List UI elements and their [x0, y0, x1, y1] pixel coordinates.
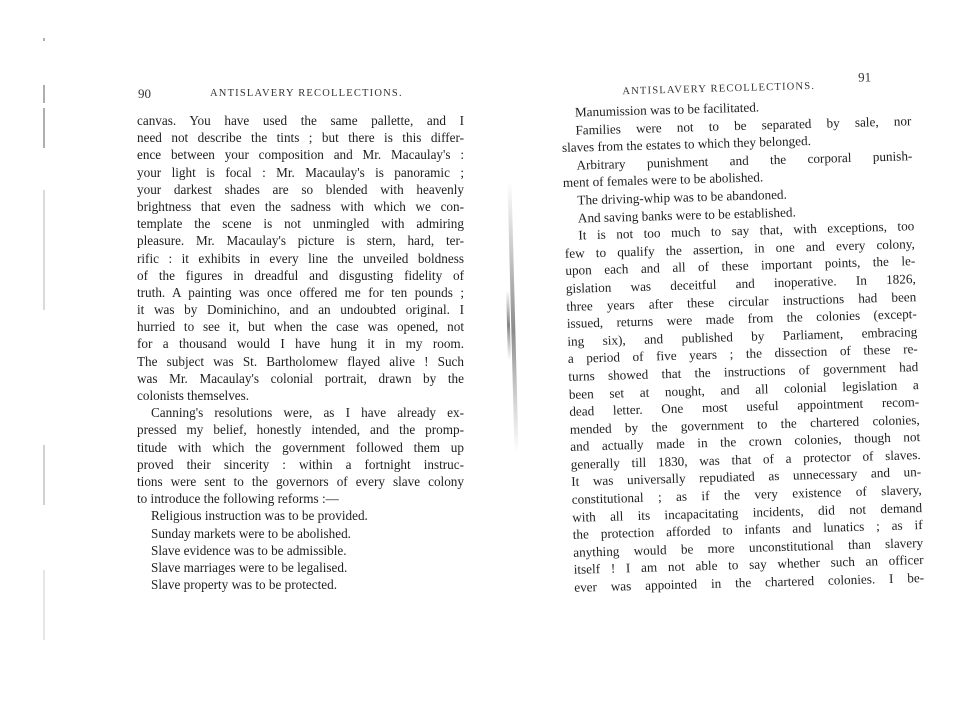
right-page-body: Manumission was to be facilitated.Famili…	[561, 94, 925, 596]
text-line: pressed my belief, honestly intended, an…	[137, 421, 464, 438]
text-line: ence between your composition and Mr. Ma…	[137, 146, 464, 163]
left-page-body: canvas. You have used the same pallette,…	[137, 112, 464, 593]
text-line: need not describe the tints ; but there …	[137, 129, 464, 146]
text-line: it was by Dominichino, and an undoubted …	[137, 301, 464, 318]
text-line: for a thousand would I have hung it in m…	[137, 335, 464, 352]
text-line: hurried to see it, but when the case was…	[137, 318, 464, 335]
left-page: 90 ANTISLAVERY RECOLLECTIONS. canvas. Yo…	[137, 86, 464, 593]
running-head-title: ANTISLAVERY RECOLLECTIONS.	[622, 81, 815, 97]
scan-edge-mark	[43, 108, 45, 148]
page-number: 91	[858, 69, 871, 85]
page-number: 90	[138, 86, 151, 102]
text-line: colonists themselves.	[137, 387, 464, 404]
text-line: your light is focal : Mr. Macaulay's is …	[137, 164, 464, 181]
text-line: template the scene is not unmingled with…	[137, 215, 464, 232]
text-line: Sunday markets were to be abolished.	[137, 525, 464, 542]
text-line: brightness that even the sadness with wh…	[137, 198, 464, 215]
text-line: pleasure. Mr. Macaulay's picture is ster…	[137, 232, 464, 249]
scan-edge-mark	[43, 445, 45, 505]
text-line: Slave marriages were to be legalised.	[137, 559, 464, 576]
text-line: truth. A painting was once offered me fo…	[137, 284, 464, 301]
text-line: Religious instruction was to be provided…	[137, 507, 464, 524]
running-head-title: ANTISLAVERY RECOLLECTIONS.	[210, 88, 403, 99]
text-line: tions were sent to the governors of ever…	[137, 473, 464, 490]
text-line: Canning's resolutions were, as I have al…	[137, 404, 464, 421]
text-line: was Mr. Macaulay's colonial portrait, dr…	[137, 370, 464, 387]
scan-edge-mark	[43, 570, 45, 640]
text-line: canvas. You have used the same pallette,…	[137, 112, 464, 129]
text-line: to introduce the following reforms :—	[137, 490, 464, 507]
scan-edge-mark	[43, 85, 45, 103]
text-line: Slave property was to be protected.	[137, 576, 464, 593]
text-line: The subject was St. Bartholomew flayed a…	[137, 353, 464, 370]
right-page: ANTISLAVERY RECOLLECTIONS. 91 Manumissio…	[560, 68, 924, 596]
text-line: of the figures in dreadful and disgustin…	[137, 267, 464, 284]
text-line: your darkest shades are so blended with …	[137, 181, 464, 198]
scan-edge-mark	[43, 38, 45, 41]
text-line: titude with which the government followe…	[137, 439, 464, 456]
text-line: Slave evidence was to be admissible.	[137, 542, 464, 559]
text-line: proved their sincerity : within a fortni…	[137, 456, 464, 473]
text-line: rific : it exhibits in every line the un…	[137, 250, 464, 267]
left-running-head: 90 ANTISLAVERY RECOLLECTIONS.	[137, 86, 464, 104]
scan-edge-mark	[43, 190, 45, 310]
right-running-head: ANTISLAVERY RECOLLECTIONS. 91	[560, 68, 910, 96]
